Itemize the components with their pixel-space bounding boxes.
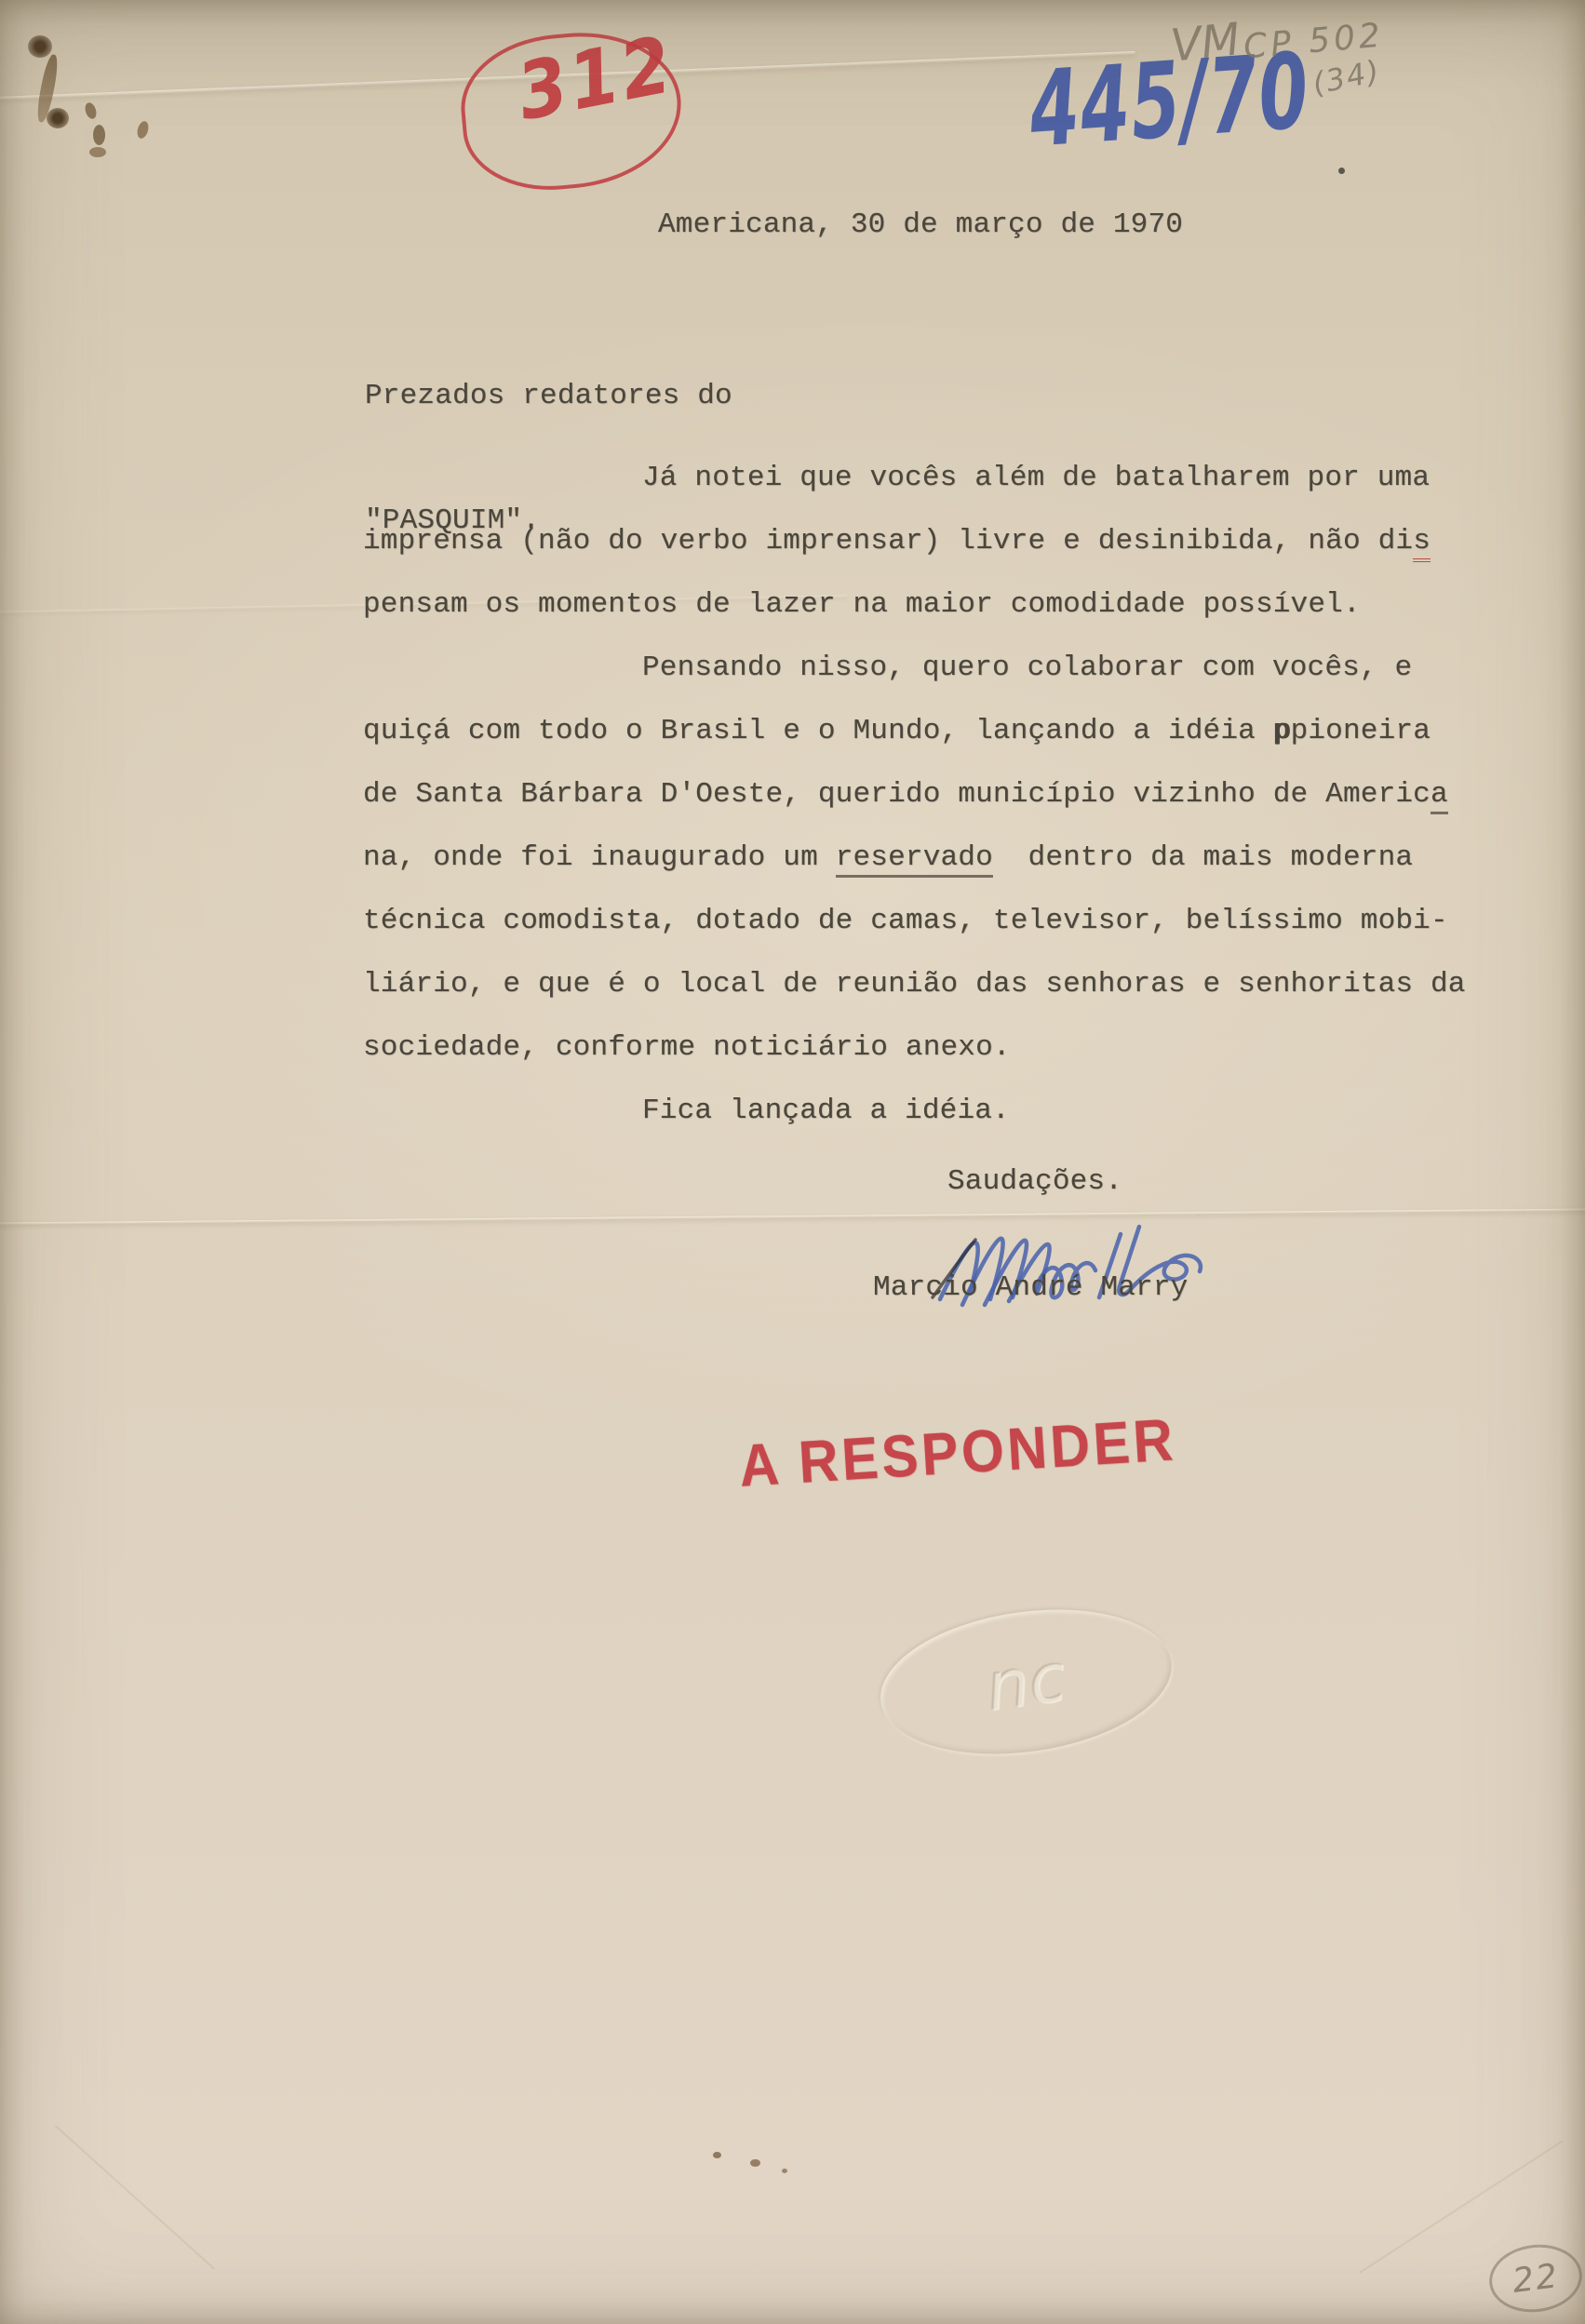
letter-text-segment: de Santa Bárbara D'Oeste, querido municí… [363, 778, 1431, 811]
letter-body: Já notei que vocês além de batalharem po… [363, 460, 1466, 1156]
letter-text-segment: quiçá com todo o Brasil e o Mundo, lança… [363, 715, 1273, 747]
letter-text-segment: pensam os momentos de lazer na maior com… [363, 588, 1361, 621]
letter-text-segment: técnica comodista, dotado de camas, tele… [363, 905, 1448, 937]
letter-line: na, onde foi inaugurado um reservado den… [363, 840, 1466, 903]
letter-line: Pensando nisso, quero colaborar com você… [363, 650, 1466, 713]
letter-closing: Saudações. [947, 1165, 1122, 1198]
letter-text-segment: liário, e que é o local de reunião das s… [363, 968, 1466, 1001]
letter-date-line: Americana, 30 de março de 1970 [658, 208, 1183, 241]
pencil-circled-number: 22 [1485, 2239, 1585, 2317]
pencil-circled-number-text: 22 [1511, 2257, 1561, 2301]
paper-speck [750, 2159, 760, 2167]
letter-line: pensam os momentos de lazer na maior com… [363, 586, 1466, 650]
pencil-annotation-paren: (34) [1310, 53, 1384, 101]
pencil-annotation-vm: VM [1168, 13, 1242, 72]
rust-speck [136, 120, 151, 140]
letter-text-segment: p [1273, 715, 1291, 747]
paper-speck [713, 2152, 721, 2158]
letter-text-segment: pioneira [1291, 715, 1431, 747]
letter-text-segment: s [1413, 525, 1431, 562]
letter-text-segment: sociedade, conforme noticiário anexo. [363, 1031, 1011, 1064]
embossed-seal-letters: nc [981, 1637, 1070, 1726]
a-responder-stamp: A RESPONDER [737, 1404, 1178, 1500]
typed-signature-name: Marcio André Marry [873, 1271, 1188, 1304]
letter-line: imprensa (não do verbo imprensar) livre … [363, 523, 1466, 586]
paper-wrinkle-bottom-left [55, 2125, 215, 2269]
letter-line: sociedade, conforme noticiário anexo. [363, 1029, 1466, 1093]
letter-line: técnica comodista, dotado de camas, tele… [363, 903, 1466, 966]
rust-stain [47, 108, 69, 128]
letter-line: quiçá com todo o Brasil e o Mundo, lança… [363, 713, 1466, 776]
letter-text-segment: Pensando nisso, quero colaborar com você… [642, 652, 1412, 684]
letter-text-segment: Já notei que vocês além de batalharem po… [642, 462, 1430, 494]
letter-line: de Santa Bárbara D'Oeste, querido municí… [363, 776, 1466, 840]
embossed-seal: nc [871, 1592, 1181, 1771]
letter-text-segment: dentro da mais moderna [993, 841, 1413, 874]
letter-line: Já notei que vocês além de batalharem po… [363, 460, 1466, 523]
rust-speck [93, 125, 105, 145]
rust-speck [89, 147, 106, 157]
letter-text-segment: a [1431, 778, 1448, 814]
letter-line: Fica lançada a idéia. [363, 1093, 1466, 1156]
letter-text-segment: na, onde foi inaugurado um [363, 841, 836, 874]
ink-dot [1338, 168, 1345, 174]
rust-stain [28, 35, 52, 58]
letter-text-segment: Fica lançada a idéia. [642, 1095, 1010, 1127]
paper-fold-crease-middle [0, 1208, 1585, 1225]
letter-line: liário, e que é o local de reunião das s… [363, 966, 1466, 1029]
salutation-line: Prezados redatores do [365, 378, 732, 437]
rust-speck [83, 101, 98, 121]
letter-text-segment: imprensa (não do verbo imprensar) livre … [363, 525, 1413, 557]
paper-speck [782, 2169, 787, 2173]
letter-text-segment: reservado [836, 841, 993, 878]
scanned-letter-page: 312 445/70 VM CP 502 (34) Americana, 30 … [0, 0, 1585, 2324]
